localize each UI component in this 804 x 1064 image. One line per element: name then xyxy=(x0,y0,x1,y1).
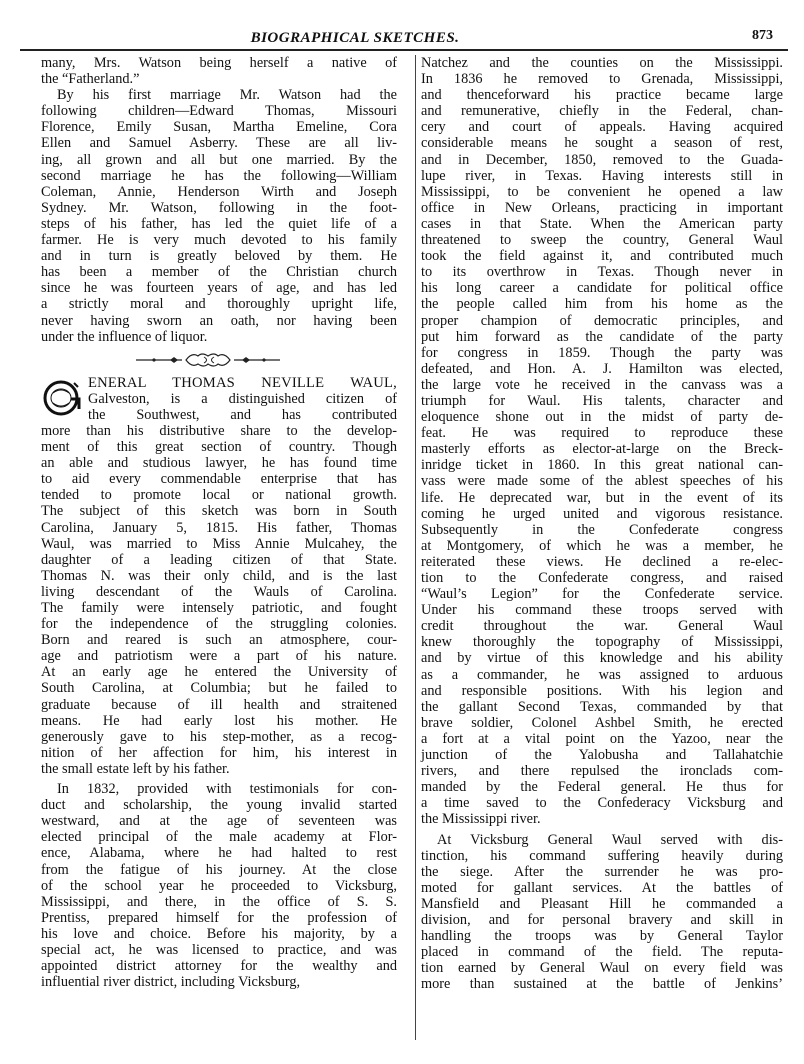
text-line: many, Mrs. Watson being herself a native… xyxy=(41,55,397,71)
text-line: second marriage he has the following—Wil… xyxy=(41,168,397,184)
text-line: division, and for personal bravery and s… xyxy=(421,912,783,928)
text-line: special act, he was licensed to practice… xyxy=(41,942,397,958)
text-line: as a commander, he was assigned to arduo… xyxy=(421,667,783,683)
text-line: the people called him from his home as t… xyxy=(421,296,783,312)
text-line: tion earned by General Waul on every fie… xyxy=(421,960,783,976)
text-line: an able and studious lawyer, he has foun… xyxy=(41,455,397,471)
text-line: to aid every commendable enterprise that… xyxy=(41,471,397,487)
text-line: his long career a candidate for politica… xyxy=(421,280,783,296)
text-line: from the fatigue of his journey. At the … xyxy=(41,862,397,878)
text-line: Ellen and Samuel Asberry. These are all … xyxy=(41,135,397,151)
text-line: a time saved to the Confederacy Vicksbur… xyxy=(421,795,783,811)
text-line: manded by the Federal general. He thus f… xyxy=(421,779,783,795)
text-line: westward, and at the age of seventeen wa… xyxy=(41,813,397,829)
ornament-icon xyxy=(134,353,284,367)
text-line: since he was fourteen years of age, and … xyxy=(41,280,397,296)
header-rule xyxy=(20,49,788,51)
text-line: Thomas N. was their only child, and is t… xyxy=(41,568,397,584)
text-line: ence, Alabama, where he had halted to re… xyxy=(41,845,397,861)
text-line: Mississippi, and there, in the office of… xyxy=(41,894,397,910)
text-line: inridge ticket in 1860. In this great na… xyxy=(421,457,783,473)
text-line: the small estate left by his father. xyxy=(41,761,397,777)
text-line: proper champion of democratic principles… xyxy=(421,313,783,329)
text-line: Mansfield and Pleasant Hill he commanded… xyxy=(421,896,783,912)
text-line: office in New Orleans, practicing in imp… xyxy=(421,200,783,216)
text-line: under the influence of liquor. xyxy=(41,329,397,345)
ornamental-drop-cap-g-icon xyxy=(41,377,81,417)
text-line: Sydney. Mr. Watson, following in the foo… xyxy=(41,200,397,216)
text-line: Mississippi, to be convenient he opened … xyxy=(421,184,783,200)
text-line: age and patriotism were a part of his na… xyxy=(41,648,397,664)
text-line: defeated, and Hon. A. J. Hamilton was el… xyxy=(421,361,783,377)
text-line: “Waul’s Legion” for the Confederate serv… xyxy=(421,586,783,602)
text-line: the Mississippi river. xyxy=(421,811,783,827)
text-line: reiterated these views. He declined a re… xyxy=(421,554,783,570)
column-divider xyxy=(415,55,416,1040)
text-line: and responsible positions. With his legi… xyxy=(421,683,783,699)
text-line: steps of his father, has led the quiet l… xyxy=(41,216,397,232)
text-line: to its overthrow in Texas. Though never … xyxy=(421,264,783,280)
waul-vicksburg-paragraph: At Vicksburg General Waul served with di… xyxy=(421,832,783,993)
text-line: the gallant Second Texas, commanded by t… xyxy=(421,699,783,715)
text-line: placed in command of the field. The repu… xyxy=(421,944,783,960)
text-line: triumph for Waul. His talents, character… xyxy=(421,393,783,409)
text-line: vass were made some of the ablest speech… xyxy=(421,473,783,489)
text-line: graduate because of ill health and strai… xyxy=(41,697,397,713)
watson-children-paragraph: By his first marriage Mr. Watson had the… xyxy=(41,87,397,345)
text-line: more than sustained at the battle of Jen… xyxy=(421,976,783,992)
text-line: life. He deprecated war, but in the even… xyxy=(421,490,783,506)
page-number: 873 xyxy=(752,28,773,44)
text-line: daughter of a leading citizen of that St… xyxy=(41,552,397,568)
text-line: nition of her affection for him, his int… xyxy=(41,745,397,761)
text-line: of the school year he proceeded to Vicks… xyxy=(41,878,397,894)
text-line: influential river district, including Vi… xyxy=(41,974,397,990)
text-line: and in turn is greatly beloved by them. … xyxy=(41,248,397,264)
text-line: Under his command these troops served wi… xyxy=(421,602,783,618)
text-line: By his first marriage Mr. Watson had the xyxy=(41,87,397,103)
text-line: brave soldier, Colonel Ashbel Smith, he … xyxy=(421,715,783,731)
biography-heading: ENERAL THOMAS NEVILLE WAUL, xyxy=(88,375,397,391)
text-line: credit throughout the war. General Waul xyxy=(421,618,783,634)
text-line: a strictly moral and thoroughly upright … xyxy=(41,296,397,312)
left-column: many, Mrs. Watson being herself a native… xyxy=(41,55,397,990)
text-line: Waul, was married to Miss Annie Mulcahey… xyxy=(41,536,397,552)
text-line: Coleman, Annie, Henderson Wirth and Jose… xyxy=(41,184,397,200)
text-line: ing, all grown and all but one married. … xyxy=(41,152,397,168)
text-line: elected principal of the male academy at… xyxy=(41,829,397,845)
waul-1832-paragraph: In 1832, provided with testimonials for … xyxy=(41,781,397,990)
ornament-divider xyxy=(21,345,397,375)
text-line: tended to promote local or national grow… xyxy=(41,487,397,503)
text-line: threatened to sweep the country, General… xyxy=(421,232,783,248)
text-line: duct and scholarship, the young invalid … xyxy=(41,797,397,813)
running-title: BIOGRAPHICAL SKETCHES. xyxy=(190,30,520,47)
waul-biography-opening: ENERAL THOMAS NEVILLE WAUL, Galveston, i… xyxy=(41,375,397,777)
text-line: In 1836 he removed to Grenada, Mississip… xyxy=(421,71,783,87)
text-line: Galveston, is a distinguished citizen of xyxy=(88,391,397,407)
text-line: and by virtue of this knowledge and his … xyxy=(421,650,783,666)
waul-career-paragraph: Natchez and the counties on the Mississi… xyxy=(421,55,783,828)
text-line: a fort at a vital point on the Yazoo, ne… xyxy=(421,731,783,747)
text-line: appointed district attorney for the weal… xyxy=(41,958,397,974)
text-line: at Montgomery, of which he was a member,… xyxy=(421,538,783,554)
text-line: feat. He was required to reproduce these xyxy=(421,425,783,441)
text-line: has been a member of the Christian churc… xyxy=(41,264,397,280)
text-line: South Carolina, at Columbia; but he fail… xyxy=(41,680,397,696)
text-line: the “Fatherland.” xyxy=(41,71,397,87)
text-line: farmer. He is very much devoted to his f… xyxy=(41,232,397,248)
text-line: Prentiss, prepared himself for the profe… xyxy=(41,910,397,926)
text-line: considerable means he sought a season of… xyxy=(421,135,783,151)
text-line: more than his distributive share to the … xyxy=(41,423,397,439)
text-line: At an early age he entered the Universit… xyxy=(41,664,397,680)
text-line: Carolina, January 5, 1815. His father, T… xyxy=(41,520,397,536)
text-line: moted for gallant services. At the battl… xyxy=(421,880,783,896)
text-line: living descendant of the Wauls of Caroli… xyxy=(41,584,397,600)
text-line: Natchez and the counties on the Mississi… xyxy=(421,55,783,71)
text-line: for congress in 1859. Though the party w… xyxy=(421,345,783,361)
text-line: Born and reared is such an atmosphere, c… xyxy=(41,632,397,648)
text-line: rivers, and there repulsed the ironclads… xyxy=(421,763,783,779)
text-line: following children—Edward Thomas, Missou… xyxy=(41,103,397,119)
text-line: the siege. After the surrender he was pr… xyxy=(421,864,783,880)
text-line: put him forward as the candidate of the … xyxy=(421,329,783,345)
text-line: and remunerative, chiefly in the Federal… xyxy=(421,103,783,119)
text-line: The family were intensely patriotic, and… xyxy=(41,600,397,616)
text-line: his love and choice. Before his majority… xyxy=(41,926,397,942)
text-line: means. He had early lost his mother. He xyxy=(41,713,397,729)
waul-intro-paragraph: more than his distributive share to the … xyxy=(41,423,397,777)
right-column: Natchez and the counties on the Mississi… xyxy=(421,55,783,992)
text-line: masterly efforts as elector-at-large on … xyxy=(421,441,783,457)
text-line: eloquence shone out in the midst of part… xyxy=(421,409,783,425)
watson-continued-paragraph: many, Mrs. Watson being herself a native… xyxy=(41,55,397,87)
text-line: In 1832, provided with testimonials for … xyxy=(41,781,397,797)
text-line: coming he urged united and vigorous resi… xyxy=(421,506,783,522)
text-line: Florence, Emily Susan, Martha Emeline, C… xyxy=(41,119,397,135)
text-line: knew thoroughly the topography of Missis… xyxy=(421,634,783,650)
text-line: Subsequently in the Confederate congress xyxy=(421,522,783,538)
text-line: took the field against it, and contribut… xyxy=(421,248,783,264)
text-line: At Vicksburg General Waul served with di… xyxy=(421,832,783,848)
text-line: generously gave to his step-mother, as a… xyxy=(41,729,397,745)
text-line: tinction, his command suffering heavily … xyxy=(421,848,783,864)
text-line: junction of the Yalobusha and Tallahatch… xyxy=(421,747,783,763)
text-line: for the independence of the struggling c… xyxy=(41,616,397,632)
text-line: cery and court of appeals. Having acquir… xyxy=(421,119,783,135)
text-line: ment of this great section of country. T… xyxy=(41,439,397,455)
text-line: the Southwest, and has contributed xyxy=(88,407,397,423)
text-line: lupe river, in Texas. Having interests s… xyxy=(421,168,783,184)
text-line: the large vote he received in the canvas… xyxy=(421,377,783,393)
text-line: cases in that State. When the American p… xyxy=(421,216,783,232)
text-line: tion to the Confederate congress, and ra… xyxy=(421,570,783,586)
text-line: and in December, 1850, removed to the Gu… xyxy=(421,152,783,168)
page-header: BIOGRAPHICAL SKETCHES. 873 xyxy=(0,26,804,48)
text-line: The subject of this sketch was born in S… xyxy=(41,503,397,519)
text-line: and thenceforward his practice became la… xyxy=(421,87,783,103)
text-line: handling the troops was by General Taylo… xyxy=(421,928,783,944)
text-line: never having sworn an oath, nor having b… xyxy=(41,313,397,329)
